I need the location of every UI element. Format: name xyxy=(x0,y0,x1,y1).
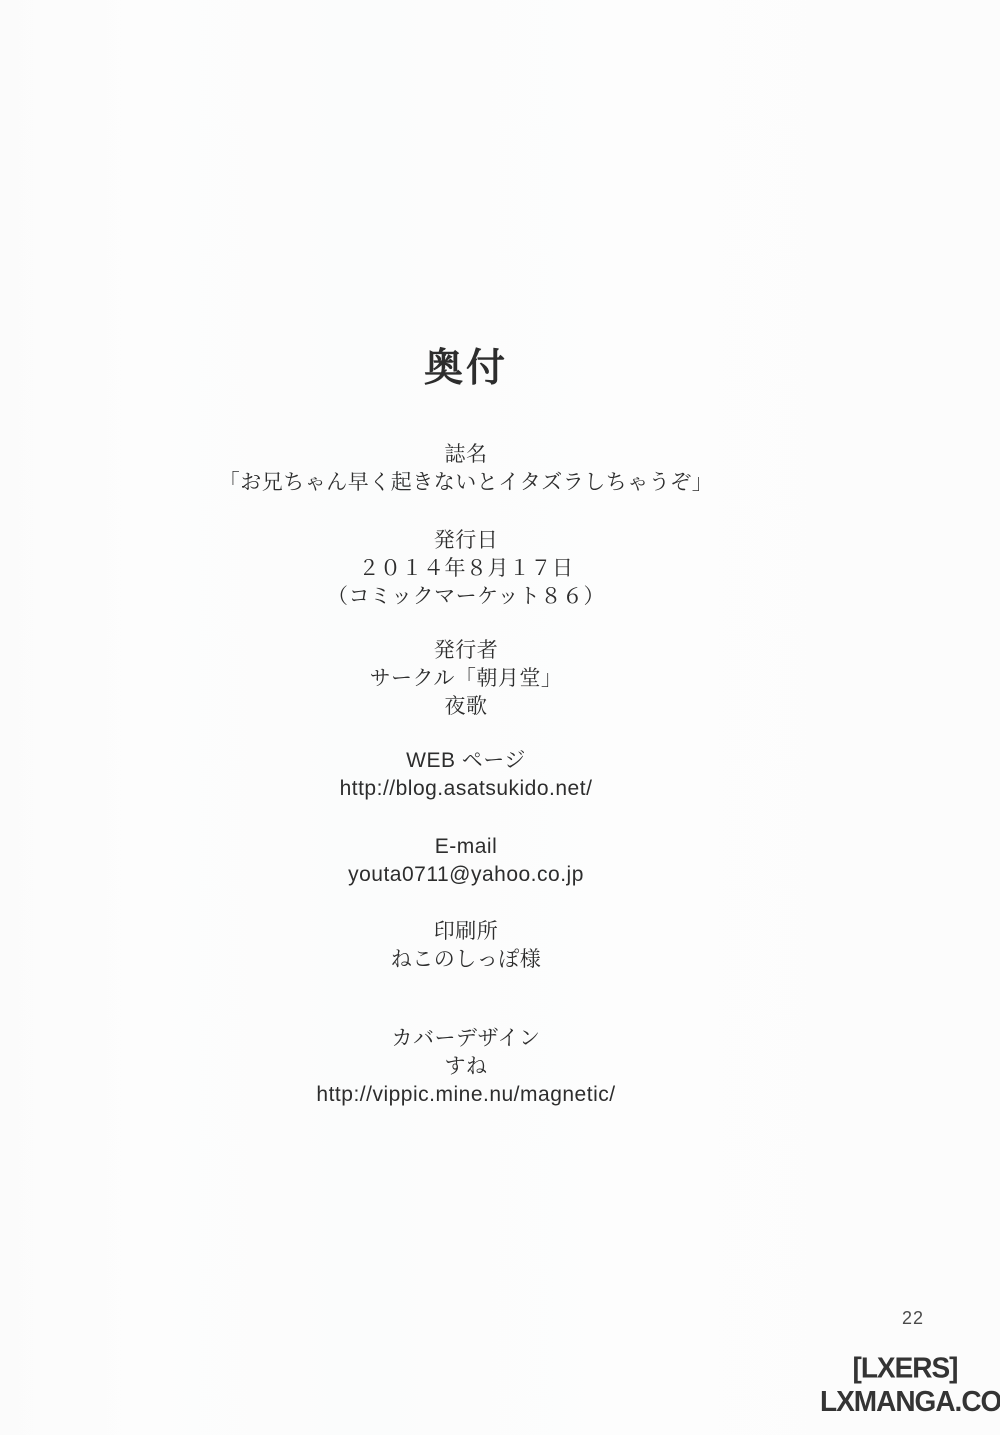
email-address-text: youta0711@yahoo.co.jp xyxy=(0,861,932,889)
section-label: WEB ページ xyxy=(0,747,932,775)
section-publication-date: 発行日 ２０１４年８月１７日 （コミックマーケット８６） xyxy=(0,527,932,611)
page-number: 22 xyxy=(902,1308,924,1329)
cover-designer-url-text: http://vippic.mine.nu/magnetic/ xyxy=(0,1081,932,1109)
page-title: 奥付 xyxy=(0,348,932,391)
cover-designer-text: すね xyxy=(0,1053,932,1081)
section-label: 発行者 xyxy=(0,637,932,665)
circle-name-text: サークル「朝月堂」 xyxy=(0,665,932,693)
colophon-page: 奥付 誌名 「お兄ちゃん早く起きないとイタズラしちゃうぞ」 発行日 ２０１４年８… xyxy=(0,0,1000,1435)
section-printer: 印刷所 ねこのしっぽ様 xyxy=(0,918,932,974)
watermark-line2: LXMANGA.COM xyxy=(820,1385,990,1418)
book-title-text: 「お兄ちゃん早く起きないとイタズラしちゃうぞ」 xyxy=(0,469,932,497)
section-label: 印刷所 xyxy=(0,918,932,946)
watermark-line1: [LXERS] xyxy=(820,1352,990,1385)
section-publisher: 発行者 サークル「朝月堂」 夜歌 xyxy=(0,637,932,721)
section-cover-design: カバーデザイン すね http://vippic.mine.nu/magneti… xyxy=(0,1025,932,1109)
publication-date-text: ２０１４年８月１７日 xyxy=(0,555,932,583)
printer-name-text: ねこのしっぽ様 xyxy=(0,946,932,974)
web-url-text: http://blog.asatsukido.net/ xyxy=(0,775,932,803)
section-label: 発行日 xyxy=(0,527,932,555)
section-label: 誌名 xyxy=(0,441,932,469)
section-web-page: WEB ページ http://blog.asatsukido.net/ xyxy=(0,747,932,803)
watermark: [LXERS] LXMANGA.COM xyxy=(820,1352,990,1419)
section-email: E-mail youta0711@yahoo.co.jp xyxy=(0,833,932,889)
section-label: カバーデザイン xyxy=(0,1025,932,1053)
section-label: E-mail xyxy=(0,833,932,861)
section-shimei: 誌名 「お兄ちゃん早く起きないとイタズラしちゃうぞ」 xyxy=(0,441,932,497)
event-name-text: （コミックマーケット８６） xyxy=(0,583,932,611)
author-name-text: 夜歌 xyxy=(0,693,932,721)
